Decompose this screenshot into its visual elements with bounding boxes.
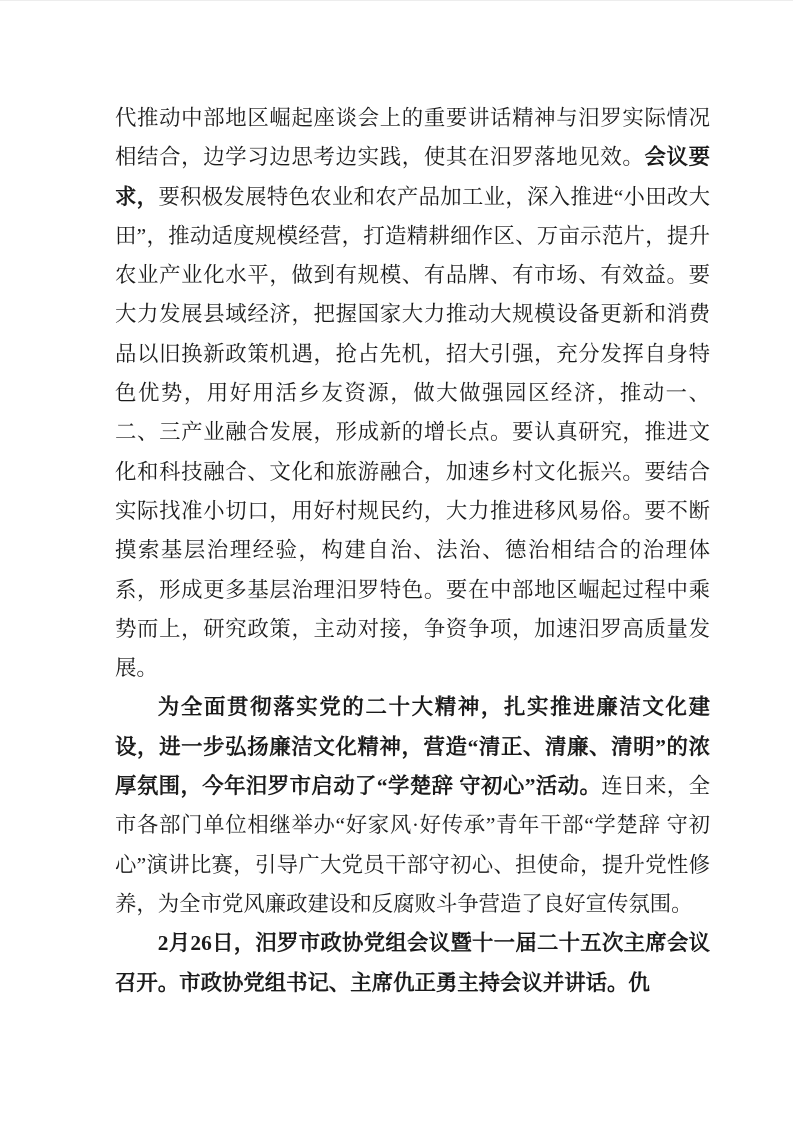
document-page: 代推动中部地区崛起座谈会上的重要讲话精神与汨罗实际情况相结合，边学习边思考边实践…: [0, 0, 793, 1122]
text-run: 要积极发展特色农业和农产品加工业，深入推进“小田改大田”，推动适度规模经营，打造…: [115, 185, 710, 681]
paragraph: 为全面贯彻落实党的二十大精神，扎实推进廉洁文化建设，进一步弘扬廉洁文化精神，营造…: [115, 688, 710, 924]
paragraph: 代推动中部地区崛起座谈会上的重要讲话精神与汨罗实际情况相结合，边学习边思考边实践…: [115, 99, 710, 688]
paragraph: 2月26日，汨罗市政协党组会议暨十一届二十五次主席会议召开。市政协党组书记、主席…: [115, 924, 710, 1003]
document-body: 代推动中部地区崛起座谈会上的重要讲话精神与汨罗实际情况相结合，边学习边思考边实践…: [115, 99, 710, 1003]
bold-text-run: 2月26日，汨罗市政协党组会议暨十一届二十五次主席会议召开。市政协党组书记、主席…: [115, 931, 710, 994]
text-run: 代推动中部地区崛起座谈会上的重要讲话精神与汨罗实际情况相结合，边学习边思考边实践…: [115, 106, 710, 169]
